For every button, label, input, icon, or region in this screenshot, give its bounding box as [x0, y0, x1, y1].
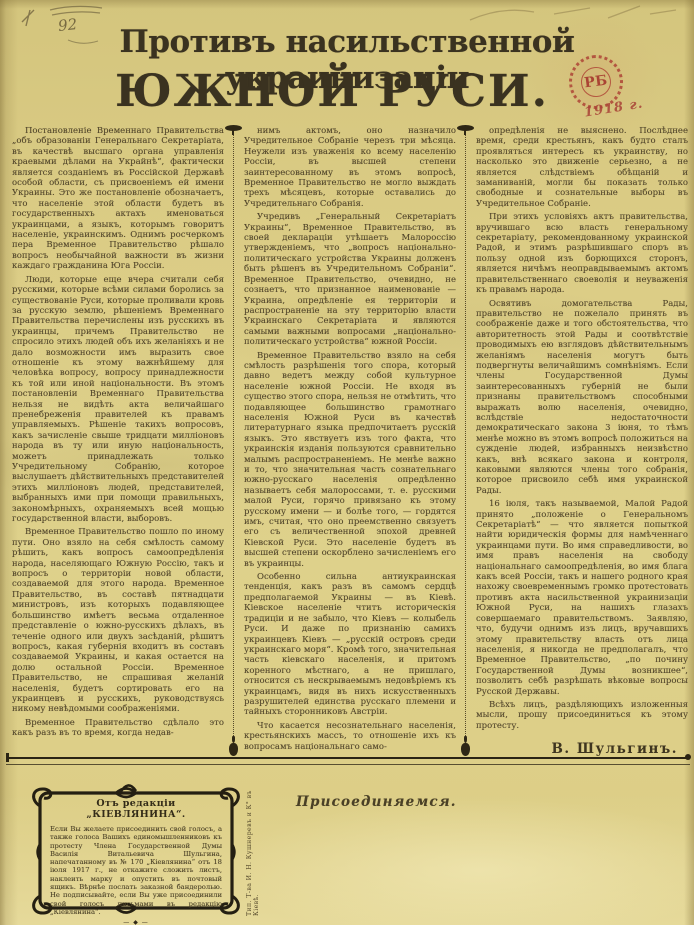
- editorial-box-content: Отъ редакціи „КІЕВЛЯНИНА“. Если Вы желае…: [50, 798, 222, 908]
- column-divider: [233, 128, 234, 752]
- paragraph: нимъ актомъ, оно назначило Учредительное…: [244, 126, 456, 209]
- column-2: нимъ актомъ, оно назначило Учредительное…: [244, 126, 456, 758]
- paragraph: Временное Правительство взяло на себя см…: [244, 351, 456, 570]
- paragraph: Всѣхъ лицъ, раздѣляющихъ изложенныя мысл…: [476, 700, 688, 731]
- join-note: Присоединяемся.: [296, 794, 457, 810]
- column-1: Постановленіе Временнаго Правительства „…: [12, 126, 224, 758]
- paragraph: Постановленіе Временнаго Правительства „…: [12, 126, 224, 272]
- stamp-letters: РБ: [579, 65, 612, 98]
- author-signature: В. Шульгинъ.: [476, 741, 688, 757]
- bottom-rule: [6, 757, 690, 765]
- editorial-box: Отъ редакціи „КІЕВЛЯНИНА“. Если Вы желае…: [28, 784, 244, 920]
- column-divider: [465, 128, 466, 752]
- divider-bottom-ornament-icon: [229, 743, 238, 756]
- paragraph: Учредивъ „Генеральный Секретаріатъ Украи…: [244, 212, 456, 347]
- pencil-scribble-icon: [462, 0, 692, 26]
- paragraph: Временное Правительство пошло по иному п…: [12, 527, 224, 714]
- paragraph: Освятивъ домогательства Рады, правительс…: [476, 299, 688, 497]
- paragraph: Временное Правительство сдѣлало это какъ…: [12, 718, 224, 739]
- page-title-line2: ЮЖНОЙ РУСИ.: [10, 66, 654, 117]
- divider-top-ornament-icon: [225, 125, 242, 131]
- leaflet-page: 92 Противъ насильственной украинизаціи Ю…: [0, 0, 694, 925]
- paragraph: 16 іюля, такъ называемой, Малой Радой пр…: [476, 499, 688, 697]
- divider-bottom-ornament-icon: [461, 743, 470, 756]
- paragraph: Что касается несознательнаго населенія, …: [244, 721, 456, 752]
- divider-top-ornament-icon: [457, 125, 474, 131]
- editorial-heading: Отъ редакціи „КІЕВЛЯНИНА“.: [50, 798, 222, 820]
- paragraph: Особенно сильна антиукраинская тенденція…: [244, 572, 456, 718]
- editorial-body: Если Вы желаете присоединить свой голосъ…: [50, 825, 222, 916]
- column-3: опредѣленія не выяснено. Послѣднее время…: [476, 126, 688, 758]
- paragraph: При этихъ условіяхъ актъ правительства, …: [476, 212, 688, 295]
- paragraph: Люди, которые еще вчера считали себя рус…: [12, 275, 224, 525]
- paragraph: опредѣленія не выяснено. Послѣднее время…: [476, 126, 688, 209]
- article-columns: Постановленіе Временнаго Правительства „…: [12, 126, 688, 758]
- editorial-ornament-icon: — ◆ —: [50, 919, 222, 925]
- printer-imprint: Тип. Т-ва И. Н. Кушнеревъ и К° въ Кіевѣ.: [246, 788, 260, 916]
